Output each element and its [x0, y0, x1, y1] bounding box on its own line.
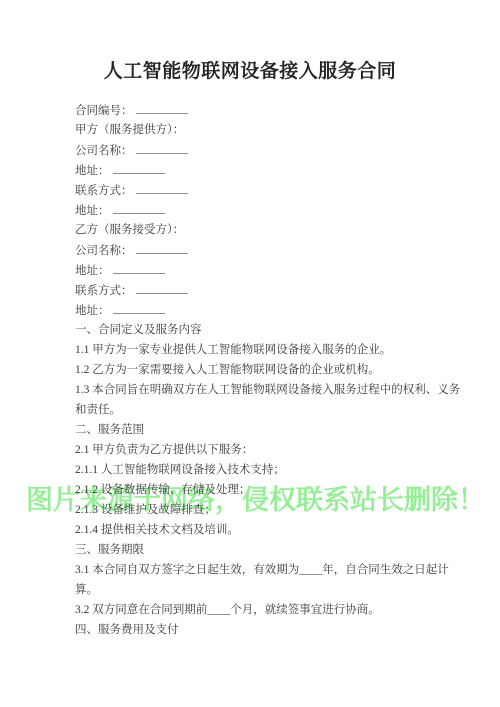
field-row: 合同编号：	[75, 100, 475, 120]
blank-underline	[136, 100, 188, 114]
field-label: 联系方式：	[75, 185, 133, 197]
field-row: 联系方式：	[75, 180, 475, 200]
field-row: 甲方（服务提供方）：	[75, 120, 475, 140]
clause-line: 和责任。	[75, 400, 475, 420]
clause-line: 1.1 甲方为一家专业提供人工智能物联网设备接入服务的企业。	[75, 340, 475, 360]
field-label: 乙方（服务接受方）：	[75, 224, 184, 236]
party-fields-list: 合同编号： 甲方（服务提供方）： 公司名称： 地址： 联系方式： 地址： 乙方（…	[75, 100, 475, 320]
page-title: 人工智能物联网设备接入服务合同	[0, 56, 500, 83]
blank-underline	[113, 160, 165, 174]
field-row: 公司名称：	[75, 240, 475, 260]
blank-underline	[113, 260, 165, 274]
field-label: 地址：	[75, 205, 110, 217]
field-label: 地址：	[75, 305, 110, 317]
clause-line: 三、服务期限	[75, 540, 475, 560]
clause-line: 1.2 乙方为一家需要接入人工智能物联网设备的企业或机构。	[75, 360, 475, 380]
clause-line: 3.2 双方同意在合同到期前____个月，就续签事宜进行协商。	[75, 600, 475, 620]
clause-line: 2.1.4 提供相关技术文档及培训。	[75, 520, 475, 540]
field-label: 甲方（服务提供方）：	[75, 124, 184, 136]
field-row: 联系方式：	[75, 280, 475, 300]
clause-line: 四、服务费用及支付	[75, 620, 475, 640]
field-label: 联系方式：	[75, 285, 133, 297]
field-label: 公司名称：	[75, 245, 133, 257]
clause-line: 2.1.3 设备维护及故障排查；	[75, 500, 475, 520]
field-label: 地址：	[75, 265, 110, 277]
clause-line: 2.1.2 设备数据传输、存储及处理；	[75, 480, 475, 500]
field-label: 地址：	[75, 165, 110, 177]
clause-lines-list: 一、合同定义及服务内容 1.1 甲方为一家专业提供人工智能物联网设备接入服务的企…	[75, 320, 475, 640]
field-row: 乙方（服务接受方）：	[75, 220, 475, 240]
field-row: 地址：	[75, 300, 475, 320]
blank-underline	[113, 300, 165, 314]
field-row: 地址：	[75, 200, 475, 220]
clause-line: 3.1 本合同自双方签字之日起生效，有效期为____年，自合同生效之日起计	[75, 560, 475, 580]
contract-document-page: 图片来源于网络，侵权联系站长删除！ 人工智能物联网设备接入服务合同 合同编号： …	[0, 0, 500, 707]
clause-line: 1.3 本合同旨在明确双方在人工智能物联网设备接入服务过程中的权利、义务	[75, 380, 475, 400]
blank-underline	[113, 200, 165, 214]
clause-line: 算。	[75, 580, 475, 600]
blank-underline	[136, 280, 188, 294]
field-row: 公司名称：	[75, 140, 475, 160]
blank-underline	[136, 140, 188, 154]
contract-body: 合同编号： 甲方（服务提供方）： 公司名称： 地址： 联系方式： 地址： 乙方（…	[75, 100, 475, 640]
blank-underline	[136, 240, 188, 254]
clause-line: 2.1 甲方负责为乙方提供以下服务：	[75, 440, 475, 460]
clause-line: 一、合同定义及服务内容	[75, 320, 475, 340]
field-row: 地址：	[75, 260, 475, 280]
clause-line: 二、服务范围	[75, 420, 475, 440]
field-label: 合同编号：	[75, 105, 133, 117]
field-label: 公司名称：	[75, 145, 133, 157]
clause-line: 2.1.1 人工智能物联网设备接入技术支持；	[75, 460, 475, 480]
field-row: 地址：	[75, 160, 475, 180]
blank-underline	[136, 180, 188, 194]
